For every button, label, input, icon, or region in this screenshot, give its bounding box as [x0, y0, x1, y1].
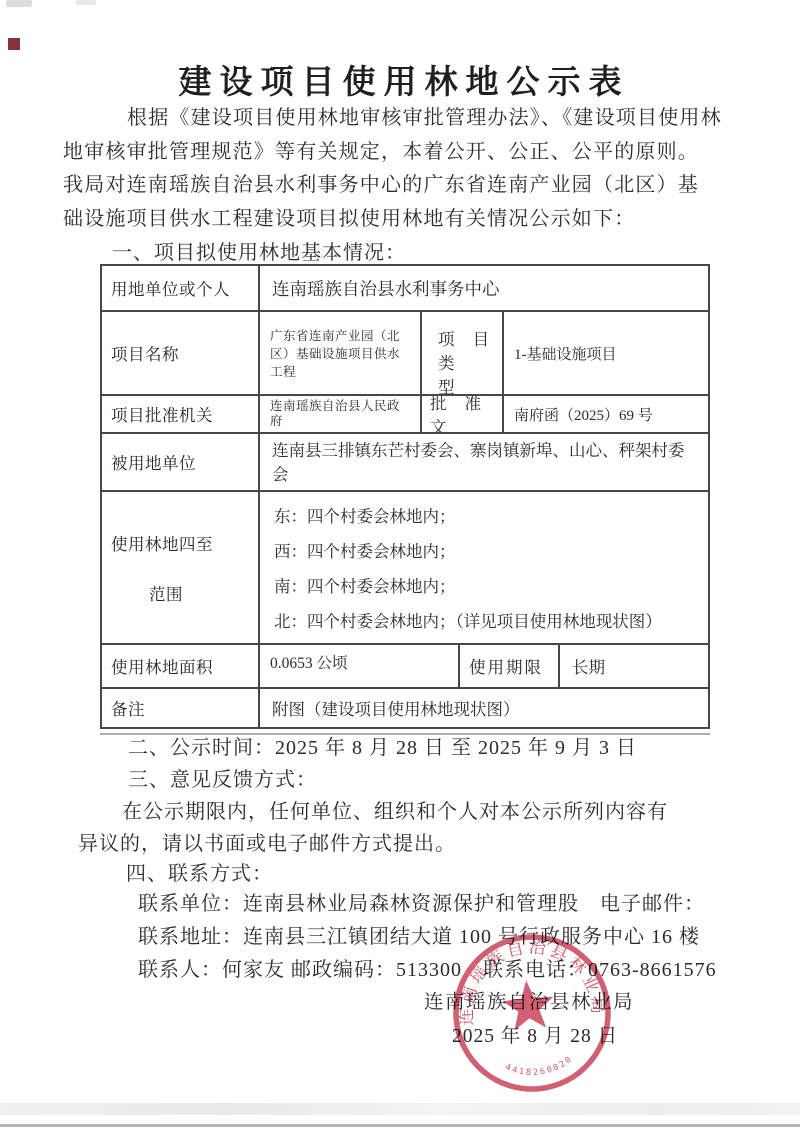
row3-authority-value: 连南瑶族自治县人民政府: [260, 396, 420, 432]
intro-line: 础设施项目供水工程建设项目拟使用林地有关情况公示如下：: [63, 203, 743, 237]
project-type-label-line2: 型: [430, 374, 462, 394]
official-seal-stamp: 连南瑶族自治县林业局 4418260020857: [450, 931, 615, 1096]
boundary-west: 西：四个村委会林地内；: [274, 538, 456, 562]
table-row: 被用地单位 连南县三排镇东芒村委会、寨岗镇新埠、山心、秤架村委会: [102, 432, 708, 490]
row5-content: 东：四个村委会林地内； 西：四个村委会林地内； 南：四个村委会林地内； 北：四个…: [258, 492, 708, 643]
row7-label: 备注: [102, 689, 258, 727]
table-row: 备注 附图（建设项目使用林地现状图）: [102, 687, 708, 727]
row3-approval-doc-value: 南府函（2025）69 号: [502, 396, 708, 432]
section3-heading: 三、意见反馈方式：: [128, 763, 317, 792]
section4-heading: 四、联系方式：: [126, 857, 273, 886]
seal-star-icon: [501, 978, 556, 1031]
use-term-value: 长期: [558, 645, 708, 687]
boundary-south: 南：四个村委会林地内；: [274, 573, 456, 597]
section2-publicity-period: 二、公示时间：2025 年 8 月 28 日 至 2025 年 9 月 3 日: [128, 731, 637, 760]
row6-label: 使用林地面积: [102, 645, 258, 687]
row2-label: 项目名称: [102, 312, 258, 394]
row1-value: 连南瑶族自治县水利事务中心: [258, 266, 708, 310]
intro-line: 我局对连南瑶族自治县水利事务中心的广东省连南产业园（北区）基: [63, 169, 743, 203]
document-page: 建设项目使用林地公示表 根据《建设项目使用林地审核审批管理办法》、《建设项目使用…: [0, 0, 800, 1131]
boundary-east: 东：四个村委会林地内；: [274, 503, 456, 527]
table-row: 项目批准机关 连南瑶族自治县人民政府 批 准 文 南府函（2025）69 号: [102, 394, 708, 432]
scan-smudge-artifact: [6, 0, 32, 7]
boundary-label-line2: 范围: [149, 581, 183, 605]
table-row: 使用林地面积 0.0653 公顷 使用期限 长期: [102, 643, 708, 687]
use-term-label: 使用期限: [458, 645, 558, 687]
red-ink-mark-artifact: [8, 38, 20, 50]
table-row: 使用林地四至 范围 东：四个村委会林地内； 西：四个村委会林地内； 南：四个村委…: [102, 490, 708, 643]
approval-doc-label: 批 准 文: [422, 396, 502, 432]
scan-bottom-line-artifact: [0, 1124, 800, 1127]
row1-label: 用地单位或个人: [102, 266, 258, 310]
row2-project-name: 广东省连南产业园（北区）基础设施项目供水工程: [260, 321, 420, 385]
section1-heading: 一、项目拟使用林地基本情况：: [112, 236, 406, 265]
table-row: 项目名称 广东省连南产业园（北区）基础设施项目供水工程 项 目 类 型 1-基础…: [102, 310, 708, 394]
boundary-north: 北：四个村委会林地内；（详见项目使用林地现状图）: [274, 608, 662, 632]
table-row: 用地单位或个人 连南瑶族自治县水利事务中心: [102, 266, 708, 310]
project-type-label-line1: 项 目 类: [430, 326, 502, 374]
row2-col3-label: 项 目 类 型: [420, 312, 502, 394]
forest-land-table: 用地单位或个人 连南瑶族自治县水利事务中心 项目名称 广东省连南产业园（北区）基…: [100, 264, 710, 729]
boundary-label-line1: 使用林地四至: [111, 531, 213, 555]
intro-line: 根据《建设项目使用林地审核审批管理办法》、《建设项目使用林: [63, 102, 743, 136]
contact-unit-line: 联系单位：连南县林业局森林资源保护和管理股 电子邮件：: [138, 887, 705, 916]
row4-value: 连南县三排镇东芒村委会、寨岗镇新埠、山心、秤架村委会: [260, 434, 708, 489]
section3-body-line: 异议的，请以书面或电子邮件方式提出。: [78, 827, 456, 856]
page-title: 建设项目使用林地公示表: [0, 56, 800, 103]
scan-smudge-artifact: [76, 0, 96, 5]
row4-label: 被用地单位: [102, 434, 258, 490]
row2-project-type-value: 1-基础设施项目: [502, 312, 708, 394]
scan-gray-band-artifact: [0, 1103, 800, 1115]
row7-value: 附图（建设项目使用林地现状图）: [258, 689, 708, 727]
contact-person-line: 联系人：何家友 邮政编码：513300 联系电话：0763-8661576: [138, 953, 717, 982]
area-value: 0.0653 公顷: [258, 645, 458, 687]
row5-label: 使用林地四至 范围: [102, 492, 258, 643]
section3-body-line: 在公示期限内，任何单位、组织和个人对本公示所列内容有: [122, 795, 668, 824]
intro-paragraph: 根据《建设项目使用林地审核审批管理办法》、《建设项目使用林 地审核审批管理规范》…: [63, 102, 743, 236]
intro-line: 地审核审批管理规范》等有关规定，本着公开、公正、公平的原则。: [63, 136, 743, 170]
contact-address-line: 联系地址：连南县三江镇团结大道 100 号行政服务中心 16 楼: [138, 920, 700, 949]
row3-label: 项目批准机关: [102, 396, 258, 432]
